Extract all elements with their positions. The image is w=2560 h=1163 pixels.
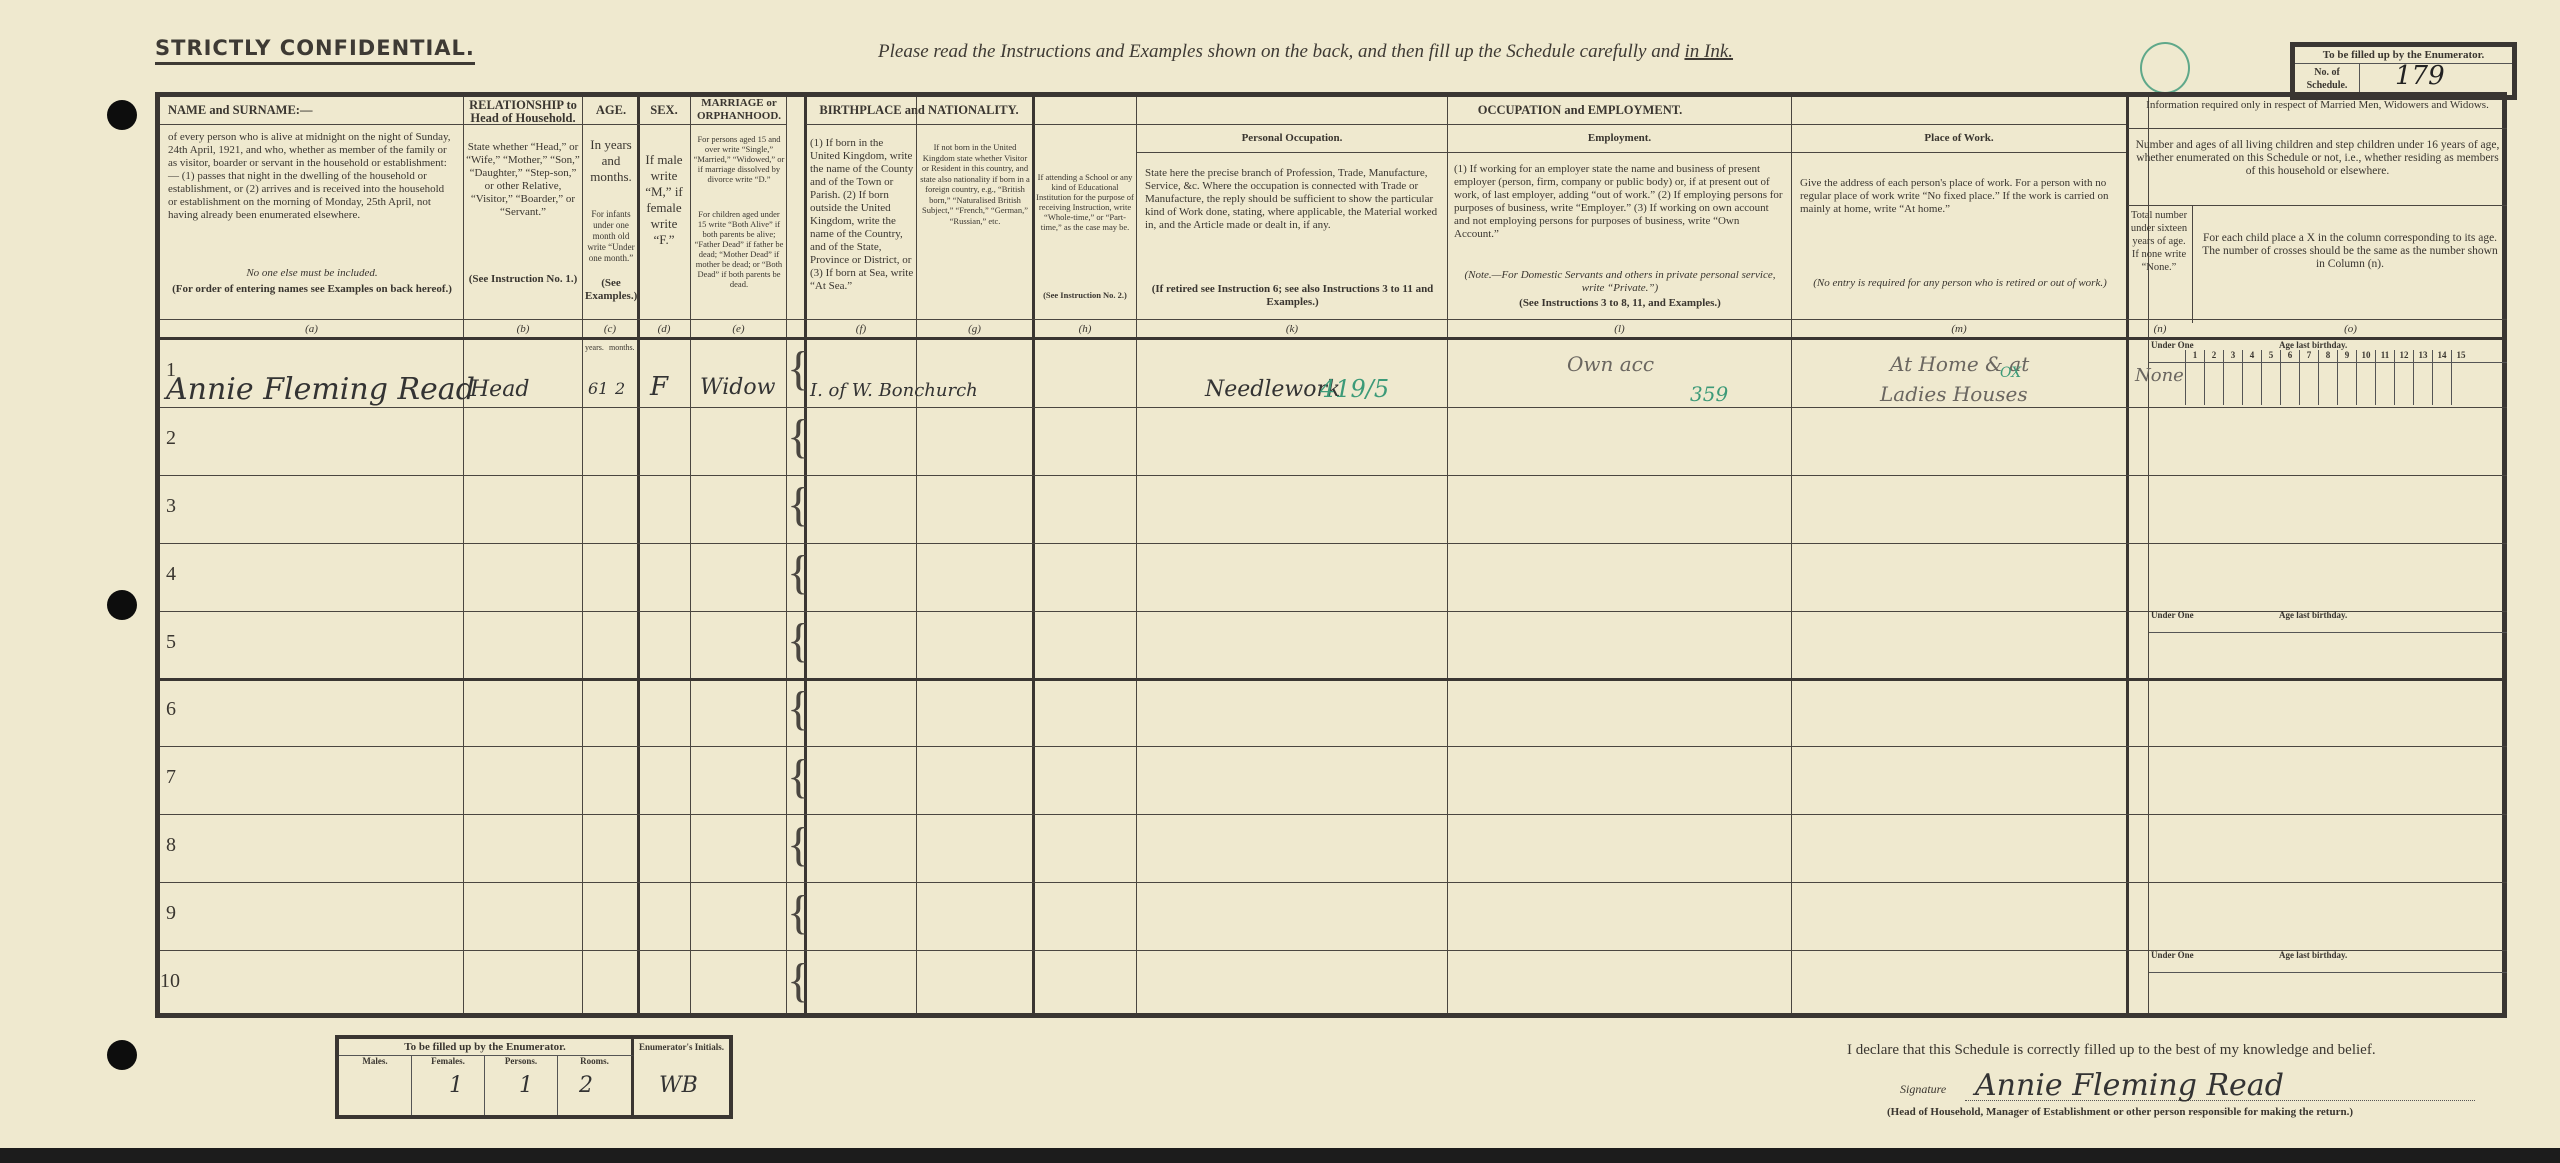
col-b-see: (See Instruction No. 1.) xyxy=(466,273,580,286)
col-b-letter: (b) xyxy=(464,323,582,337)
person-name[interactable]: Annie Fleming Read xyxy=(166,372,475,407)
col-c-see: (See Examples.) xyxy=(585,277,637,303)
age-last-birthday-label: Age last birthday. xyxy=(2279,950,2347,960)
person-employment[interactable]: Own acc xyxy=(1567,352,1654,376)
col-a-text: of every person who is alive at midnight… xyxy=(168,131,456,222)
col-f-text: (1) If born in the United Kingdom, write… xyxy=(810,137,914,293)
age-grid-row: Under One Age last birthday. xyxy=(2149,610,2507,676)
brace: { xyxy=(787,821,810,869)
col-l-see: (See Instructions 3 to 8, 11, and Exampl… xyxy=(1454,297,1786,310)
punch-hole xyxy=(107,590,137,620)
col-b-text: State whether “Head,” or “Wife,” “Mother… xyxy=(466,141,580,219)
person-age-years[interactable]: 61 xyxy=(588,379,608,398)
rule xyxy=(160,124,463,125)
rule xyxy=(2192,205,2193,323)
age-col[interactable]: 15 xyxy=(2451,350,2470,405)
col-g-text: If not born in the United Kingdom state … xyxy=(919,142,1031,226)
age-col[interactable]: 13 xyxy=(2413,350,2432,405)
brace: { xyxy=(787,481,810,529)
col-l-note: (Note.—For Domestic Servants and others … xyxy=(1454,269,1786,295)
age-col[interactable]: 6 xyxy=(2280,350,2299,405)
col-k xyxy=(1137,97,1448,1013)
col-d-text: If male write “M,” if female write “F.” xyxy=(640,152,688,248)
females-value[interactable]: 1 xyxy=(449,1073,463,1098)
children-info-text: Number and ages of all living children a… xyxy=(2135,139,2500,178)
row-divider xyxy=(160,882,2507,883)
col-a-order: (For order of entering names see Example… xyxy=(168,283,456,296)
instructions-text: Please read the Instructions and Example… xyxy=(878,41,1684,62)
place-of-work-line2[interactable]: Ladies Houses xyxy=(1880,382,2028,406)
col-g xyxy=(917,97,1035,1013)
age-col[interactable]: 10 xyxy=(2356,350,2375,405)
age-col[interactable]: 4 xyxy=(2242,350,2261,405)
brace: { xyxy=(787,549,810,597)
enumerator-initials-label: Enumerator's Initials. xyxy=(634,1039,729,1055)
row-divider xyxy=(160,475,2507,476)
brace: { xyxy=(787,889,810,937)
age-last-birthday-label: Age last birthday. xyxy=(2279,340,2347,350)
instructions-ink: in Ink. xyxy=(1684,41,1733,62)
place-code: OX xyxy=(2000,365,2021,381)
col-d-title: SEX. xyxy=(640,104,688,117)
rule xyxy=(2128,128,2507,129)
age-col[interactable]: 1 xyxy=(2185,350,2204,405)
punch-hole xyxy=(107,1040,137,1070)
col-d-letter: (d) xyxy=(638,323,690,337)
col-o-letter: (o) xyxy=(2194,323,2507,337)
col-m xyxy=(1792,97,2129,1013)
row-number: 5 xyxy=(166,631,176,654)
col-b xyxy=(464,97,583,1013)
col-c-title: AGE. xyxy=(585,104,637,117)
col-m-text: Give the address of each person's place … xyxy=(1800,177,2120,216)
age-grid-row: Under One Age last birthday. xyxy=(2149,950,2507,1016)
col-n-letter: (n) xyxy=(2128,323,2192,337)
age-col[interactable]: 8 xyxy=(2318,350,2337,405)
age-under-one: Under One xyxy=(2151,610,2194,620)
rule xyxy=(2149,632,2507,633)
age-col[interactable]: 3 xyxy=(2223,350,2242,405)
row-number: 4 xyxy=(166,563,176,586)
row-divider xyxy=(160,407,2507,408)
signature-value[interactable]: Annie Fleming Read xyxy=(1975,1068,2284,1103)
col-h-text: If attending a School or any kind of Edu… xyxy=(1036,172,1134,232)
enumerator-initials-value[interactable]: WB xyxy=(659,1073,698,1098)
person-birthplace[interactable]: I. of W. Bonchurch xyxy=(810,380,978,401)
col-a-letter: (a) xyxy=(160,323,463,337)
instructions-line: Please read the Instructions and Example… xyxy=(878,41,1733,63)
rule xyxy=(2149,972,2507,973)
green-circle-mark xyxy=(2140,42,2190,94)
row-divider xyxy=(160,543,2507,544)
col-a-title: NAME and SURNAME:— xyxy=(168,104,312,117)
brace: { xyxy=(787,685,810,733)
age-col[interactable]: 14 xyxy=(2432,350,2451,405)
age-col[interactable]: 11 xyxy=(2375,350,2394,405)
rule xyxy=(806,124,1032,125)
col-a-note: No one else must be included. xyxy=(168,267,456,280)
row-divider xyxy=(160,746,2507,747)
brace: { xyxy=(787,753,810,801)
census-schedule-table: NAME and SURNAME:— of every person who i… xyxy=(155,92,2507,1018)
confidential-heading: STRICTLY CONFIDENTIAL. xyxy=(155,36,475,65)
age-under-one: Under One xyxy=(2151,950,2194,960)
age-last-birthday-label: Age last birthday. xyxy=(2279,610,2347,620)
brace: { xyxy=(787,345,810,393)
males-label: Males. xyxy=(339,1056,412,1115)
brace: { xyxy=(787,957,810,1005)
row-number: 7 xyxy=(166,766,176,789)
col-e-text: For persons aged 15 and over write “Sing… xyxy=(693,134,785,184)
schedule-number-value[interactable]: 179 xyxy=(2395,61,2445,91)
col-c-text: In years and months. xyxy=(585,137,637,185)
rooms-value[interactable]: 2 xyxy=(579,1073,593,1098)
person-sex[interactable]: F xyxy=(650,372,668,402)
punch-hole xyxy=(107,100,137,130)
col-l-letter: (l) xyxy=(1448,323,1791,337)
col-c-letter: (c) xyxy=(583,323,637,337)
col-c-infants: For infants under one month old write “U… xyxy=(585,209,637,264)
row-number: 3 xyxy=(166,495,176,518)
enumerator-summary-box: To be filled up by the Enumerator. Enume… xyxy=(335,1035,733,1119)
person-marriage[interactable]: Widow xyxy=(700,375,775,400)
col-m-note: (No entry is required for any person who… xyxy=(1800,277,2120,290)
enumerator-summary-title: To be filled up by the Enumerator. xyxy=(339,1039,634,1056)
rule xyxy=(160,678,2507,681)
occupation-code: 419/5 xyxy=(1320,375,1389,403)
brace: { xyxy=(787,617,810,665)
col-l-title: Employment. xyxy=(1448,132,1791,145)
col-f-letter: (f) xyxy=(806,323,916,337)
rule xyxy=(1137,152,2126,153)
age-years-label: years. xyxy=(585,341,604,354)
col-h-see: (See Instruction No. 2.) xyxy=(1036,289,1134,302)
col-k-letter: (k) xyxy=(1137,323,1447,337)
rule xyxy=(2128,205,2507,206)
row-number: 6 xyxy=(166,698,176,721)
person-relationship[interactable]: Head xyxy=(470,377,529,402)
children-info-title: Information required only in respect of … xyxy=(2130,99,2505,112)
col-k-text: State here the precise branch of Profess… xyxy=(1145,167,1440,232)
col-e-letter: (e) xyxy=(691,323,786,337)
rooms-label: Rooms. xyxy=(558,1056,634,1115)
row-number: 9 xyxy=(166,902,176,925)
age-months-label: months. xyxy=(609,341,635,354)
row-number: 10 xyxy=(160,970,180,993)
col-n-text: Total number under sixteen years of age.… xyxy=(2128,209,2190,274)
col-h xyxy=(1034,97,1137,1013)
employment-code: 359 xyxy=(1690,382,1728,406)
col-b-title: RELATIONSHIP to Head of Household. xyxy=(466,99,580,125)
rule xyxy=(583,124,787,125)
rule xyxy=(1034,124,2126,125)
col-e-children: For children aged under 15 write “Both A… xyxy=(693,209,785,289)
age-col[interactable]: 7 xyxy=(2299,350,2318,405)
row-number: 2 xyxy=(166,427,176,450)
signature-note: (Head of Household, Manager of Establish… xyxy=(1887,1106,2353,1118)
brace: { xyxy=(787,413,810,461)
age-under-one: Under One xyxy=(2151,340,2194,350)
col-k-see: (If retired see Instruction 6; see also … xyxy=(1145,283,1440,309)
age-grid-row: Under One Age last birthday. 1 2 3 4 5 6… xyxy=(2149,340,2507,406)
age-col[interactable]: 12 xyxy=(2394,350,2413,405)
col-k-title: Personal Occupation. xyxy=(1137,132,1447,145)
col-e-title: MARRIAGE or ORPHANHOOD. xyxy=(693,97,785,123)
age-col[interactable]: 9 xyxy=(2337,350,2356,405)
occupation-title: OCCUPATION and EMPLOYMENT. xyxy=(1034,104,2126,117)
row-divider xyxy=(160,814,2507,815)
row-number: 8 xyxy=(166,834,176,857)
col-h-letter: (h) xyxy=(1034,323,1136,337)
birthplace-title: BIRTHPLACE and NATIONALITY. xyxy=(806,104,1032,117)
age-col[interactable]: 5 xyxy=(2261,350,2280,405)
col-l-text: (1) If working for an employer state the… xyxy=(1454,163,1786,241)
col-a xyxy=(160,97,464,1013)
person-age-months[interactable]: 2 xyxy=(615,379,625,398)
declaration-text: I declare that this Schedule is correctl… xyxy=(1847,1042,2376,1059)
rule xyxy=(160,319,2507,320)
col-g-letter: (g) xyxy=(917,323,1032,337)
scan-border xyxy=(0,1148,2560,1163)
persons-value[interactable]: 1 xyxy=(519,1073,533,1098)
signature-label: Signature xyxy=(1900,1082,1946,1097)
age-col[interactable]: 2 xyxy=(2204,350,2223,405)
col-m-letter: (m) xyxy=(1792,323,2126,337)
col-o-text: For each child place a X in the column c… xyxy=(2200,232,2500,271)
col-m-title: Place of Work. xyxy=(1792,132,2126,145)
